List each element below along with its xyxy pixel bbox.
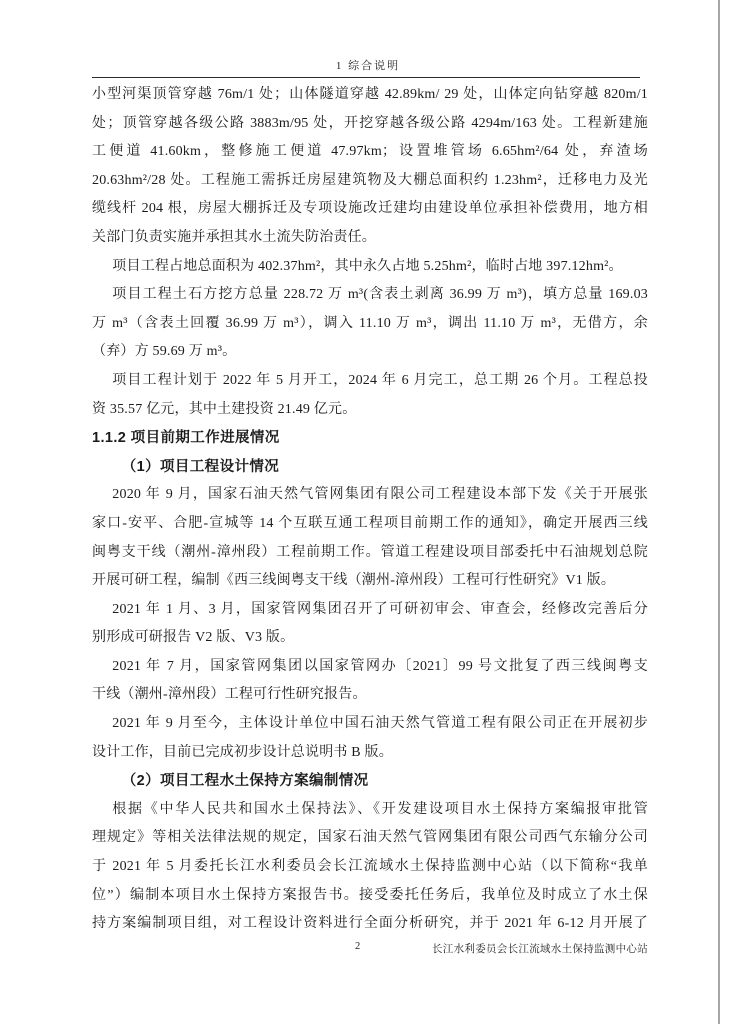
body-text-line: 项目工程占地总面积为 402.37hm²，其中永久占地 5.25hm²，临时占地… bbox=[92, 253, 648, 282]
body-text-line: 别形成可研报告 V2 版、V3 版。 bbox=[92, 624, 648, 653]
page-edge-line bbox=[718, 0, 720, 1024]
body-text-line: 2021 年 9 月至今，主体设计单位中国石油天然气管道工程有限公司正在开展初步 bbox=[92, 710, 648, 739]
page-footer: 2 长江水利委员会长江流域水土保持监测中心站 bbox=[92, 941, 648, 957]
header-rule bbox=[92, 77, 640, 78]
document-body: 小型河渠顶管穿越 76m/1 处；山体隧道穿越 42.89km/ 29 处，山体… bbox=[92, 81, 648, 939]
body-text-line: 2021 年 1 月、3 月，国家管网集团召开了可研初审会、审查会，经修改完善后… bbox=[92, 596, 648, 625]
body-text-line: 闽粤支干线（潮州-漳州段）工程前期工作。管道工程建设项目部委托中石油规划总院 bbox=[92, 539, 648, 568]
body-text-line: 工便道 41.60km，整修施工便道 47.97km；设置堆管场 6.65hm²… bbox=[92, 138, 648, 167]
body-text-line: 理规定》等相关法律法规的规定，国家石油天然气管网集团有限公司西气东输分公司 bbox=[92, 824, 648, 853]
footer-page-number: 2 bbox=[355, 941, 360, 952]
body-text-line: 开展可研工程，编制《西三线闽粤支干线（潮州-漳州段）工程可行性研究》V1 版。 bbox=[92, 567, 648, 596]
document-page: 1 综合说明 小型河渠顶管穿越 76m/1 处；山体隧道穿越 42.89km/ … bbox=[0, 0, 730, 1024]
body-text-line: 家口-安平、合肥-宣城等 14 个互联互通工程项目前期工作的通知》，确定开展西三… bbox=[92, 510, 648, 539]
body-text-line: 资 35.57 亿元，其中土建投资 21.49 亿元。 bbox=[92, 396, 648, 425]
body-text-line: 干线（潮州-漳州段）工程可行性研究报告。 bbox=[92, 681, 648, 710]
footer-organization: 长江水利委员会长江流域水土保持监测中心站 bbox=[432, 941, 648, 956]
page-header-title: 1 综合说明 bbox=[92, 57, 644, 73]
body-text-line: 缆线杆 204 根，房屋大棚拆迁及专项设施改迁建均由建设单位承担补偿费用，地方相 bbox=[92, 195, 648, 224]
subsection-heading: （1）项目工程设计情况 bbox=[92, 453, 648, 482]
body-text-line: 于 2021 年 5 月委托长江水利委员会长江流域水土保持监测中心站（以下简称“… bbox=[92, 853, 648, 882]
body-text-line: 2021 年 7 月，国家管网集团以国家管网办〔2021〕99 号文批复了西三线… bbox=[92, 653, 648, 682]
body-text-line: 项目工程计划于 2022 年 5 月开工，2024 年 6 月完工，总工期 26… bbox=[92, 367, 648, 396]
body-text-line: 20.63hm²/28 处。工程施工需拆迁房屋建筑物及大棚总面积约 1.23hm… bbox=[92, 167, 648, 196]
body-text-line: 2020 年 9 月，国家石油天然气管网集团有限公司工程建设本部下发《关于开展张 bbox=[92, 481, 648, 510]
body-text-line: 位”）编制本项目水土保持方案报告书。接受委托任务后，我单位及时成立了水土保 bbox=[92, 882, 648, 911]
section-heading: 1.1.2 项目前期工作进展情况 bbox=[92, 424, 648, 453]
subsection-heading: （2）项目工程水土保持方案编制情况 bbox=[92, 767, 648, 796]
body-text-line: 根据《中华人民共和国水土保持法》、《开发建设项目水土保持方案编报审批管 bbox=[92, 796, 648, 825]
body-text-line: 处；顶管穿越各级公路 3883m/95 处，开挖穿越各级公路 4294m/163… bbox=[92, 110, 648, 139]
body-text-line: 项目工程土石方挖方总量 228.72 万 m³(含表土剥离 36.99 万 m³… bbox=[92, 281, 648, 310]
body-text-line: 万 m³（含表土回覆 36.99 万 m³），调入 11.10 万 m³，调出 … bbox=[92, 310, 648, 339]
body-text-line: 关部门负责实施并承担其水土流失防治责任。 bbox=[92, 224, 648, 253]
body-text-line: 持方案编制项目组，对工程设计资料进行全面分析研究，并于 2021 年 6-12 … bbox=[92, 910, 648, 939]
body-text-line: 设计工作，目前已完成初步设计总说明书 B 版。 bbox=[92, 739, 648, 768]
body-text-line: （弃）方 59.69 万 m³。 bbox=[92, 338, 648, 367]
body-text-line: 小型河渠顶管穿越 76m/1 处；山体隧道穿越 42.89km/ 29 处，山体… bbox=[92, 81, 648, 110]
